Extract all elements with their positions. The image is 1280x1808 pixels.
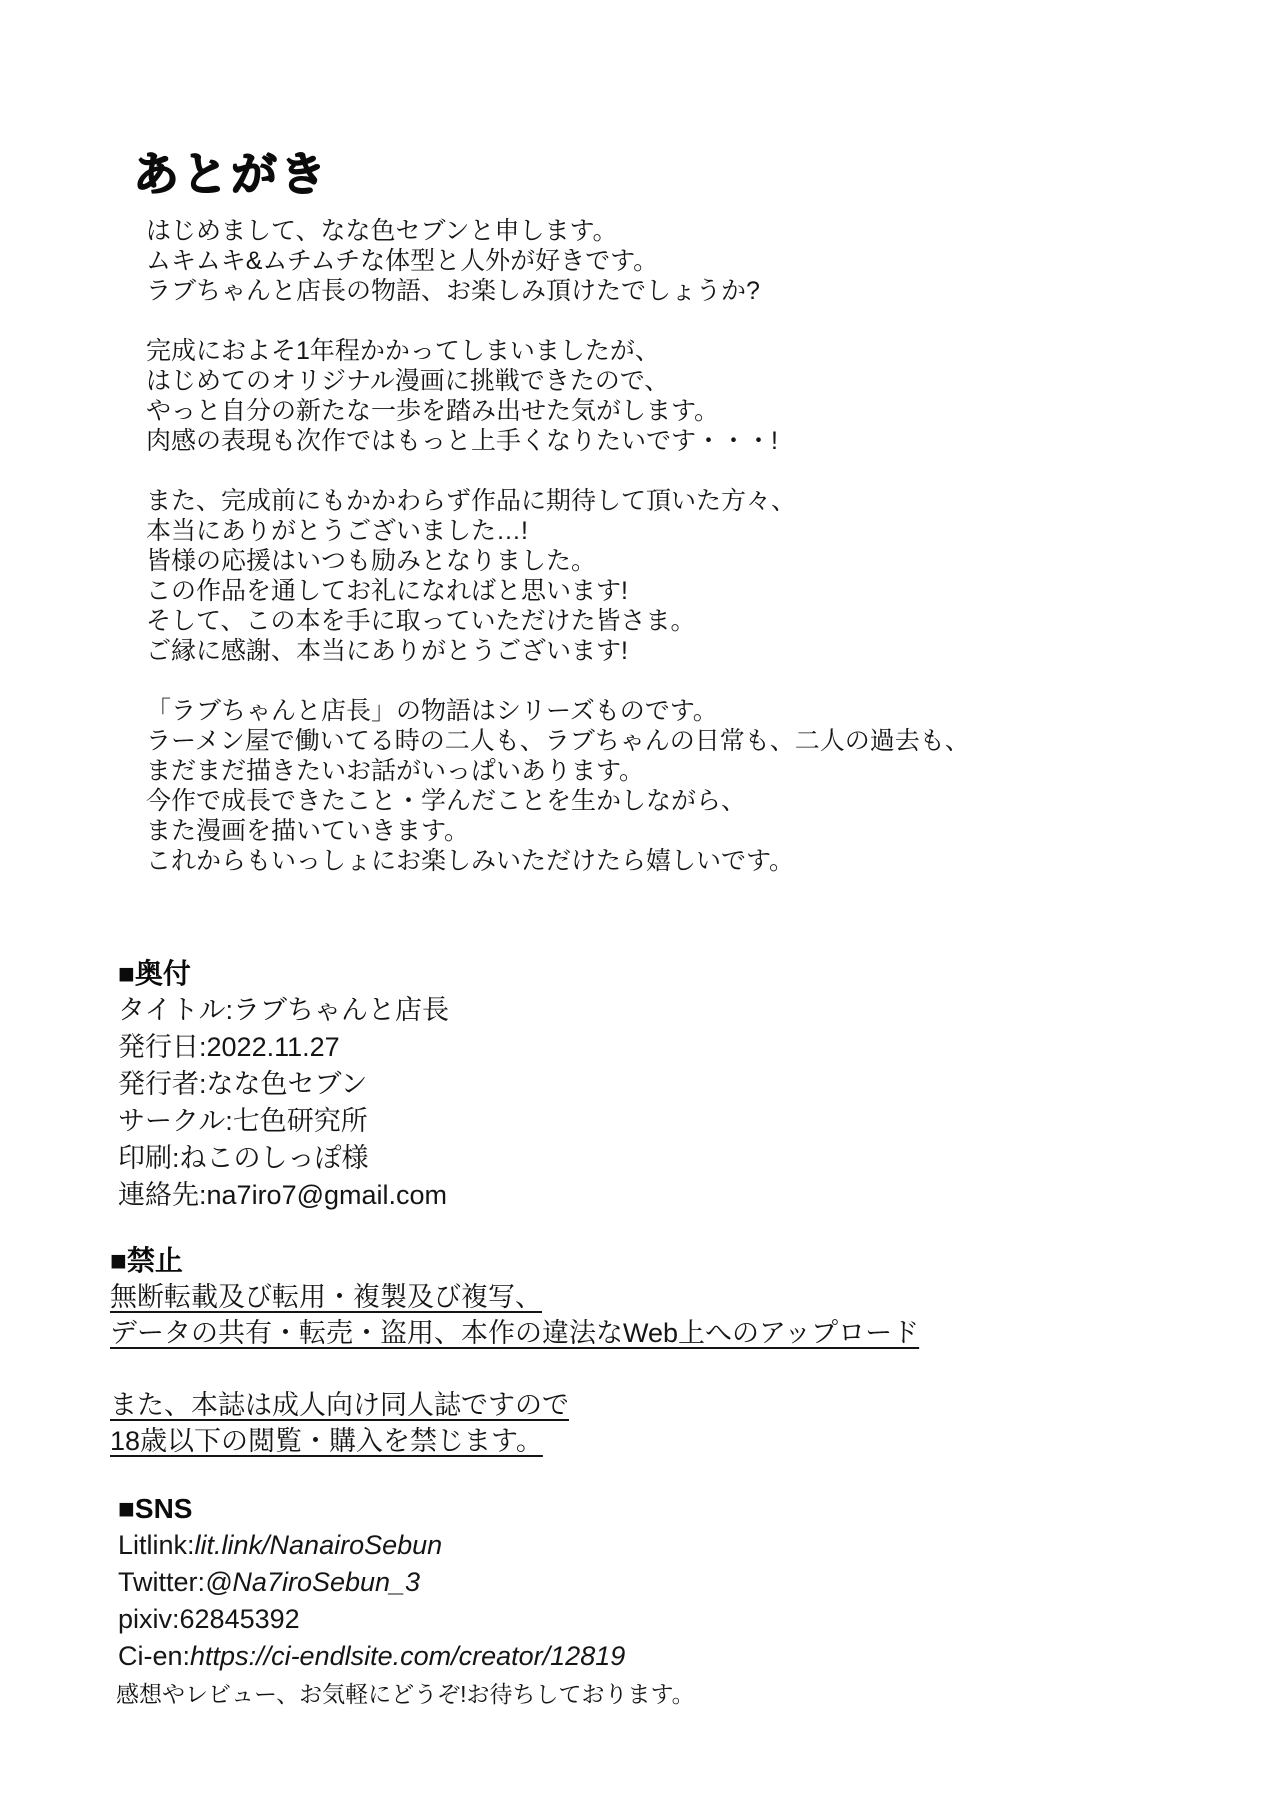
sns-row-twitter: Twitter:@Na7iroSebun_3 xyxy=(118,1564,1220,1601)
text-line: そして、この本を手に取っていただけた皆さま。 xyxy=(146,606,1220,636)
page-title: あとがき xyxy=(133,148,1220,200)
sns-label: Twitter: xyxy=(118,1567,205,1597)
text-line: また、完成前にもかかわらず作品に期待して頂いた方々、 xyxy=(146,486,1220,516)
text-line: また漫画を描いていきます。 xyxy=(146,816,1220,846)
sns-section: ■SNS Litlink:lit.link/NanairoSebun Twitt… xyxy=(118,1490,1220,1710)
afterword-page: あとがき はじめまして、なな色セブンと申します。 ムキムキ&ムチムチな体型と人外… xyxy=(0,0,1280,1808)
sns-pixiv-id: 62845392 xyxy=(180,1604,300,1634)
sns-twitter-handle: @Na7iroSebun_3 xyxy=(205,1567,420,1597)
colophon-label: 印刷: xyxy=(118,1143,180,1173)
text-line: 本当にありがとうございました…! xyxy=(146,516,1220,546)
sns-header: ■SNS xyxy=(118,1490,1220,1527)
text-line: ご縁に感謝、本当にありがとうございます! xyxy=(146,636,1220,666)
afterword-body: はじめまして、なな色セブンと申します。 ムキムキ&ムチムチな体型と人外が好きです… xyxy=(146,216,1220,876)
text-line: これからもいっしょにお楽しみいただけたら嬉しいです。 xyxy=(146,846,1220,876)
text-line: はじめてのオリジナル漫画に挑戦できたので、 xyxy=(146,366,1220,396)
colophon-label: サークル: xyxy=(118,1106,233,1136)
sns-label: Litlink: xyxy=(118,1530,195,1560)
blank-spacer xyxy=(110,1351,1220,1387)
text-line: 「ラブちゃんと店長」の物語はシリーズものです。 xyxy=(146,696,1220,726)
colophon-value: 七色研究所 xyxy=(233,1106,368,1136)
afterword-paragraph-1: はじめまして、なな色セブンと申します。 ムキムキ&ムチムチな体型と人外が好きです… xyxy=(146,216,1220,306)
sns-label: Ci-en: xyxy=(118,1641,190,1671)
sns-row-litlink: Litlink:lit.link/NanairoSebun xyxy=(118,1527,1220,1564)
text-line: この作品を通してお礼になればと思います! xyxy=(146,576,1220,606)
afterword-paragraph-2: 完成におよそ1年程かかってしまいましたが、 はじめてのオリジナル漫画に挑戦できた… xyxy=(146,336,1220,456)
text-line: 皆様の応援はいつも励みとなりました。 xyxy=(146,546,1220,576)
colophon-row-circle: サークル:七色研究所 xyxy=(118,1103,1220,1140)
colophon-label: 発行日: xyxy=(118,1032,207,1062)
sns-row-pixiv: pixiv:62845392 xyxy=(118,1601,1220,1638)
prohibition-header: ■禁止 xyxy=(110,1243,1220,1279)
text-line: はじめまして、なな色セブンと申します。 xyxy=(146,216,1220,246)
sns-label: pixiv: xyxy=(118,1604,180,1634)
text-line: 肉感の表現も次作ではもっと上手くなりたいです・・・! xyxy=(146,426,1220,456)
colophon-row-publisher: 発行者:なな色セブン xyxy=(118,1066,1220,1103)
prohibition-line: データの共有・転売・盗用、本作の違法なWeb上へのアップロード xyxy=(110,1315,1220,1351)
colophon-row-printer: 印刷:ねこのしっぽ様 xyxy=(118,1140,1220,1177)
text-line: まだまだ描きたいお話がいっぱいあります。 xyxy=(146,756,1220,786)
colophon-label: 連絡先: xyxy=(118,1180,207,1210)
colophon-row-contact: 連絡先:na7iro7@gmail.com xyxy=(118,1177,1220,1214)
colophon-value: ラブちゃんと店長 xyxy=(233,995,449,1025)
colophon-section: ■奥付 タイトル:ラブちゃんと店長 発行日:2022.11.27 発行者:なな色… xyxy=(118,955,1220,1214)
colophon-contact-email: na7iro7@gmail.com xyxy=(207,1180,448,1210)
colophon-row-date: 発行日:2022.11.27 xyxy=(118,1029,1220,1066)
text-line: やっと自分の新たな一歩を踏み出せた気がします。 xyxy=(146,396,1220,426)
text-line: ラーメン屋で働いてる時の二人も、ラブちゃんの日常も、二人の過去も、 xyxy=(146,726,1220,756)
prohibition-line: 18歳以下の閲覧・購入を禁じます。 xyxy=(110,1423,1220,1459)
text-line: 完成におよそ1年程かかってしまいましたが、 xyxy=(146,336,1220,366)
text-line: ムキムキ&ムチムチな体型と人外が好きです。 xyxy=(146,246,1220,276)
sns-row-cien: Ci-en:https://ci-endlsite.com/creator/12… xyxy=(118,1638,1220,1675)
colophon-label: タイトル: xyxy=(118,995,233,1025)
colophon-header: ■奥付 xyxy=(118,955,1220,992)
text-line: 今作で成長できたこと・学んだことを生かしながら、 xyxy=(146,786,1220,816)
colophon-value: なな色セブン xyxy=(207,1069,368,1099)
colophon-row-title: タイトル:ラブちゃんと店長 xyxy=(118,992,1220,1029)
prohibition-line: また、本誌は成人向け同人誌ですので xyxy=(110,1387,1220,1423)
prohibition-line: 無断転載及び転用・複製及び複写、 xyxy=(110,1279,1220,1315)
colophon-label: 発行者: xyxy=(118,1069,207,1099)
afterword-paragraph-4: 「ラブちゃんと店長」の物語はシリーズものです。 ラーメン屋で働いてる時の二人も、… xyxy=(146,696,1220,876)
afterword-paragraph-3: また、完成前にもかかわらず作品に期待して頂いた方々、 本当にありがとうございまし… xyxy=(146,486,1220,666)
sns-note: 感想やレビュー、お気軽にどうぞ!お待ちしております。 xyxy=(116,1678,1220,1710)
sns-cien-url: https://ci-endlsite.com/creator/12819 xyxy=(190,1641,625,1671)
colophon-value: ねこのしっぽ様 xyxy=(180,1143,369,1173)
text-line: ラブちゃんと店長の物語、お楽しみ頂けたでしょうか? xyxy=(146,276,1220,306)
sns-litlink-url: lit.link/NanairoSebun xyxy=(195,1530,443,1560)
colophon-value: 2022.11.27 xyxy=(207,1032,340,1062)
prohibition-section: ■禁止 無断転載及び転用・複製及び複写、 データの共有・転売・盗用、本作の違法な… xyxy=(110,1243,1220,1459)
